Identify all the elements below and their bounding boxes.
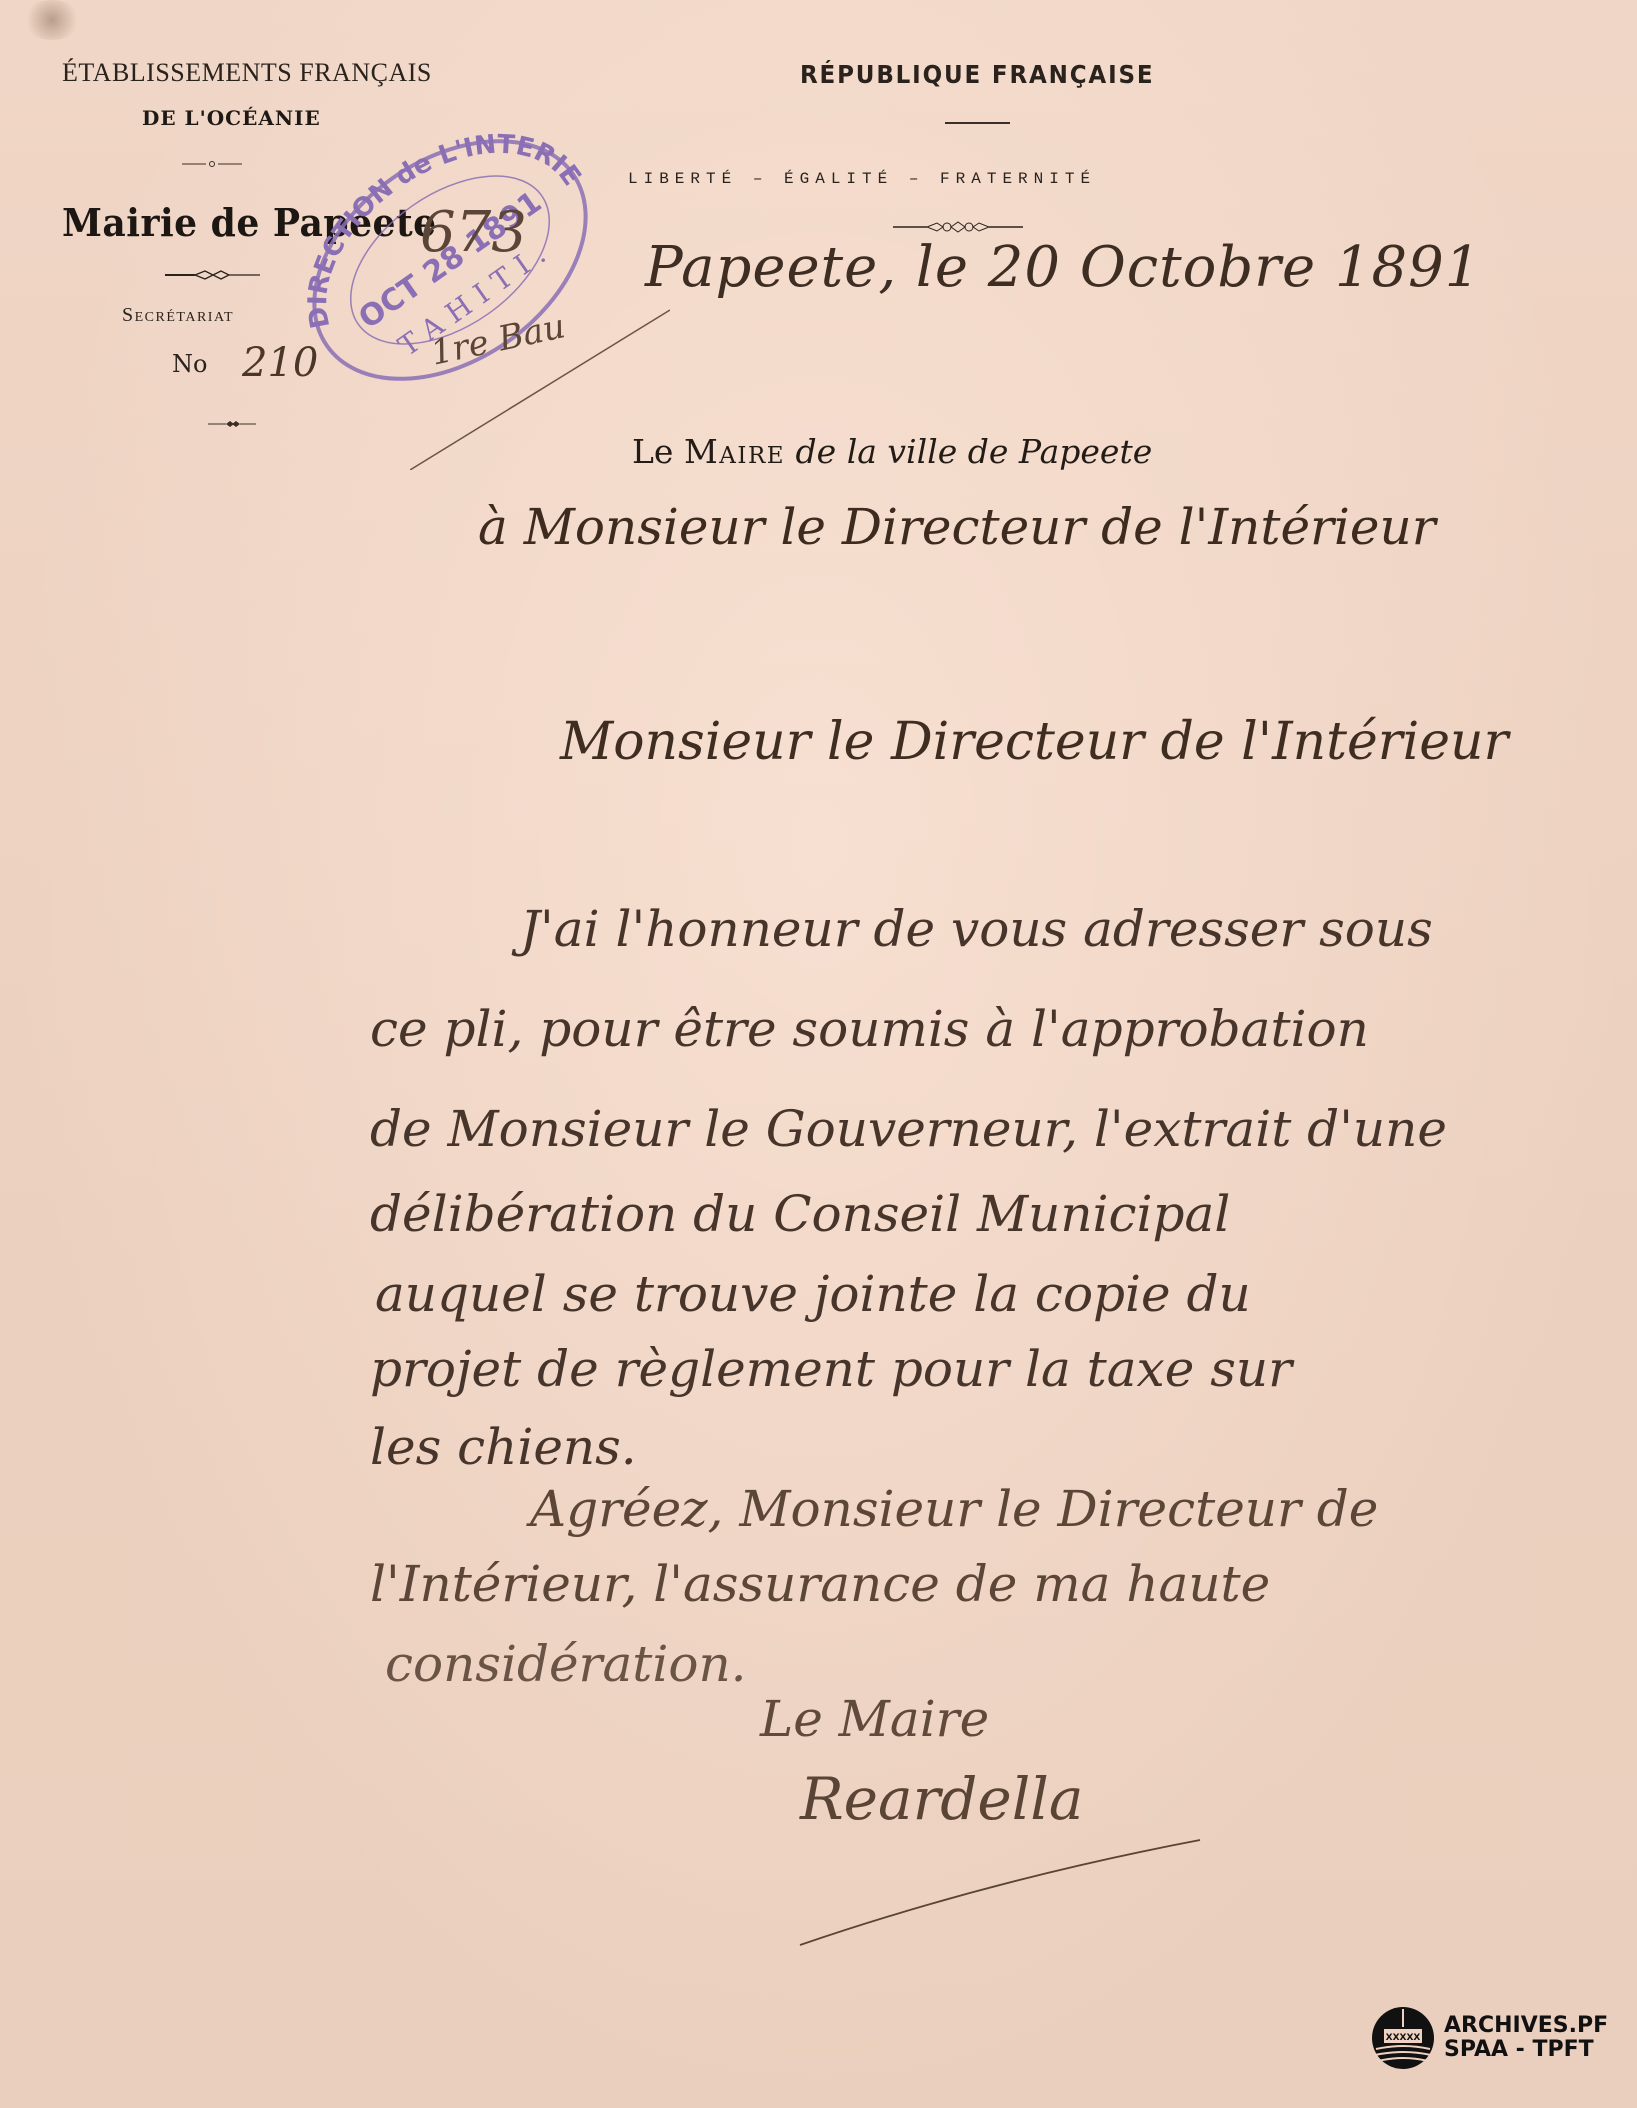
svg-text:XXXXX: XXXXX (1386, 2033, 1421, 2043)
body-line: projet de règlement pour la taxe sur (370, 1340, 1292, 1398)
archives-line1: ARCHIVES.PF (1444, 2014, 1608, 2038)
body-line: Agréez, Monsieur le Directeur de (530, 1480, 1378, 1538)
body-line: de Monsieur le Gouverneur, l'extrait d'u… (370, 1100, 1447, 1158)
sender-suffix: de la ville de Papeete (796, 432, 1153, 471)
signature: Reardella (800, 1765, 1083, 1833)
ink-stain (22, 0, 82, 40)
ornament-divider-icon (893, 220, 1023, 234)
body-line: délibération du Conseil Municipal (370, 1185, 1230, 1243)
ornament-divider-icon (165, 270, 260, 280)
divider-rule (945, 122, 1010, 124)
signature-underline (790, 1830, 1210, 1950)
polynesia-emblem-icon: XXXXX (1370, 2005, 1436, 2071)
ornament-divider-icon (208, 420, 256, 428)
body-line: considération. (385, 1635, 747, 1693)
archives-label: ARCHIVES.PF SPAA - TPFT (1444, 2014, 1608, 2062)
letterhead-motto: LIBERTÉ – ÉGALITÉ – FRATERNITÉ (628, 170, 1096, 188)
body-line: ce pli, pour être soumis à l'approbation (370, 1000, 1369, 1058)
ornament-divider-icon (182, 160, 242, 168)
closing-title: Le Maire (760, 1690, 989, 1748)
place-date: Papeete, le 20 Octobre 1891 (645, 235, 1481, 300)
letterhead-establishments: ÉTABLISSEMENTS FRANÇAIS (62, 58, 432, 88)
archives-pf-logo: XXXXX ARCHIVES.PF SPAA - TPFT (1370, 2005, 1608, 2071)
pen-stroke (410, 300, 670, 470)
letterhead-secretariat: Secrétariat (122, 304, 234, 327)
stamp-annotation-number: 673 (420, 200, 527, 265)
letterhead-republique: RÉPUBLIQUE FRANÇAISE (800, 60, 1154, 89)
body-line: les chiens. (370, 1418, 637, 1476)
archives-line2: SPAA - TPFT (1444, 2038, 1608, 2062)
body-line: J'ai l'honneur de vous adresser sous (520, 900, 1433, 958)
number-label: No (172, 350, 207, 378)
addressee: à Monsieur le Directeur de l'Intérieur (478, 498, 1436, 556)
body-line: auquel se trouve jointe la copie du (375, 1265, 1251, 1323)
sender-prefix: Le (632, 432, 673, 471)
sender-title: Maire (684, 432, 785, 471)
salutation: Monsieur le Directeur de l'Intérieur (560, 712, 1508, 772)
body-line: l'Intérieur, l'assurance de ma haute (370, 1555, 1270, 1613)
sender-line: Le Maire de la ville de Papeete (632, 432, 1152, 471)
